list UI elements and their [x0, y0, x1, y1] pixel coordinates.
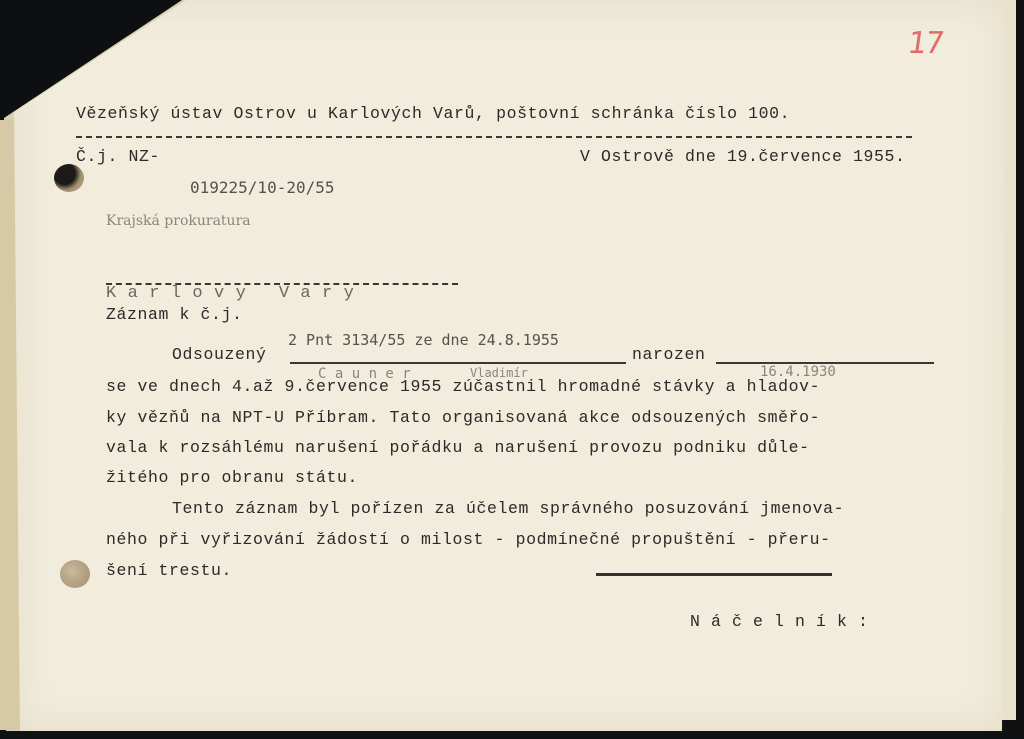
background-bottom [0, 731, 1024, 739]
header-rule [76, 136, 912, 138]
institution-line: Vězeňský ústav Ostrov u Karlových Varů, … [76, 104, 790, 123]
recipient-office: Krajská prokuratura [106, 213, 251, 229]
name-blank [290, 362, 626, 364]
page-number-handwritten: 17 [906, 26, 945, 61]
body-line-1: se ve dnech 4.až 9.července 1955 zúčastn… [106, 377, 820, 396]
paragraph2-line-1: Tento záznam byl pořízen za účelem správ… [172, 499, 844, 518]
paragraph2-line-2: ného při vyřizování žádostí o milost - p… [106, 530, 831, 549]
subject-line: Záznam k č.j. [106, 305, 243, 324]
body-line-3: vala k rozsáhlému narušení pořádku a nar… [106, 438, 810, 457]
signature-line [596, 573, 832, 576]
stamped-case-number: 2 Pnt 3134/55 ze dne 24.8.1955 [288, 331, 559, 349]
convicted-label: Odsouzený [172, 345, 267, 364]
punch-hole-top [54, 164, 84, 192]
reference-label: Č.j. NZ- [76, 147, 160, 166]
body-line-4: žitého pro obranu státu. [106, 468, 358, 487]
punch-hole-bottom [60, 560, 90, 588]
body-line-2: ky vězňů na NPT-U Příbram. Tato organiso… [106, 408, 820, 427]
signature-title: N á č e l n í k : [690, 612, 869, 631]
place-date: V Ostrově dne 19.července 1955. [580, 147, 906, 166]
paragraph2-line-3: šení trestu. [106, 561, 232, 580]
stamped-reference: 019225/10-20/55 [190, 178, 335, 197]
born-label: narozen [632, 345, 706, 364]
recipient-city: K a r l o v y V a r y [106, 284, 354, 303]
